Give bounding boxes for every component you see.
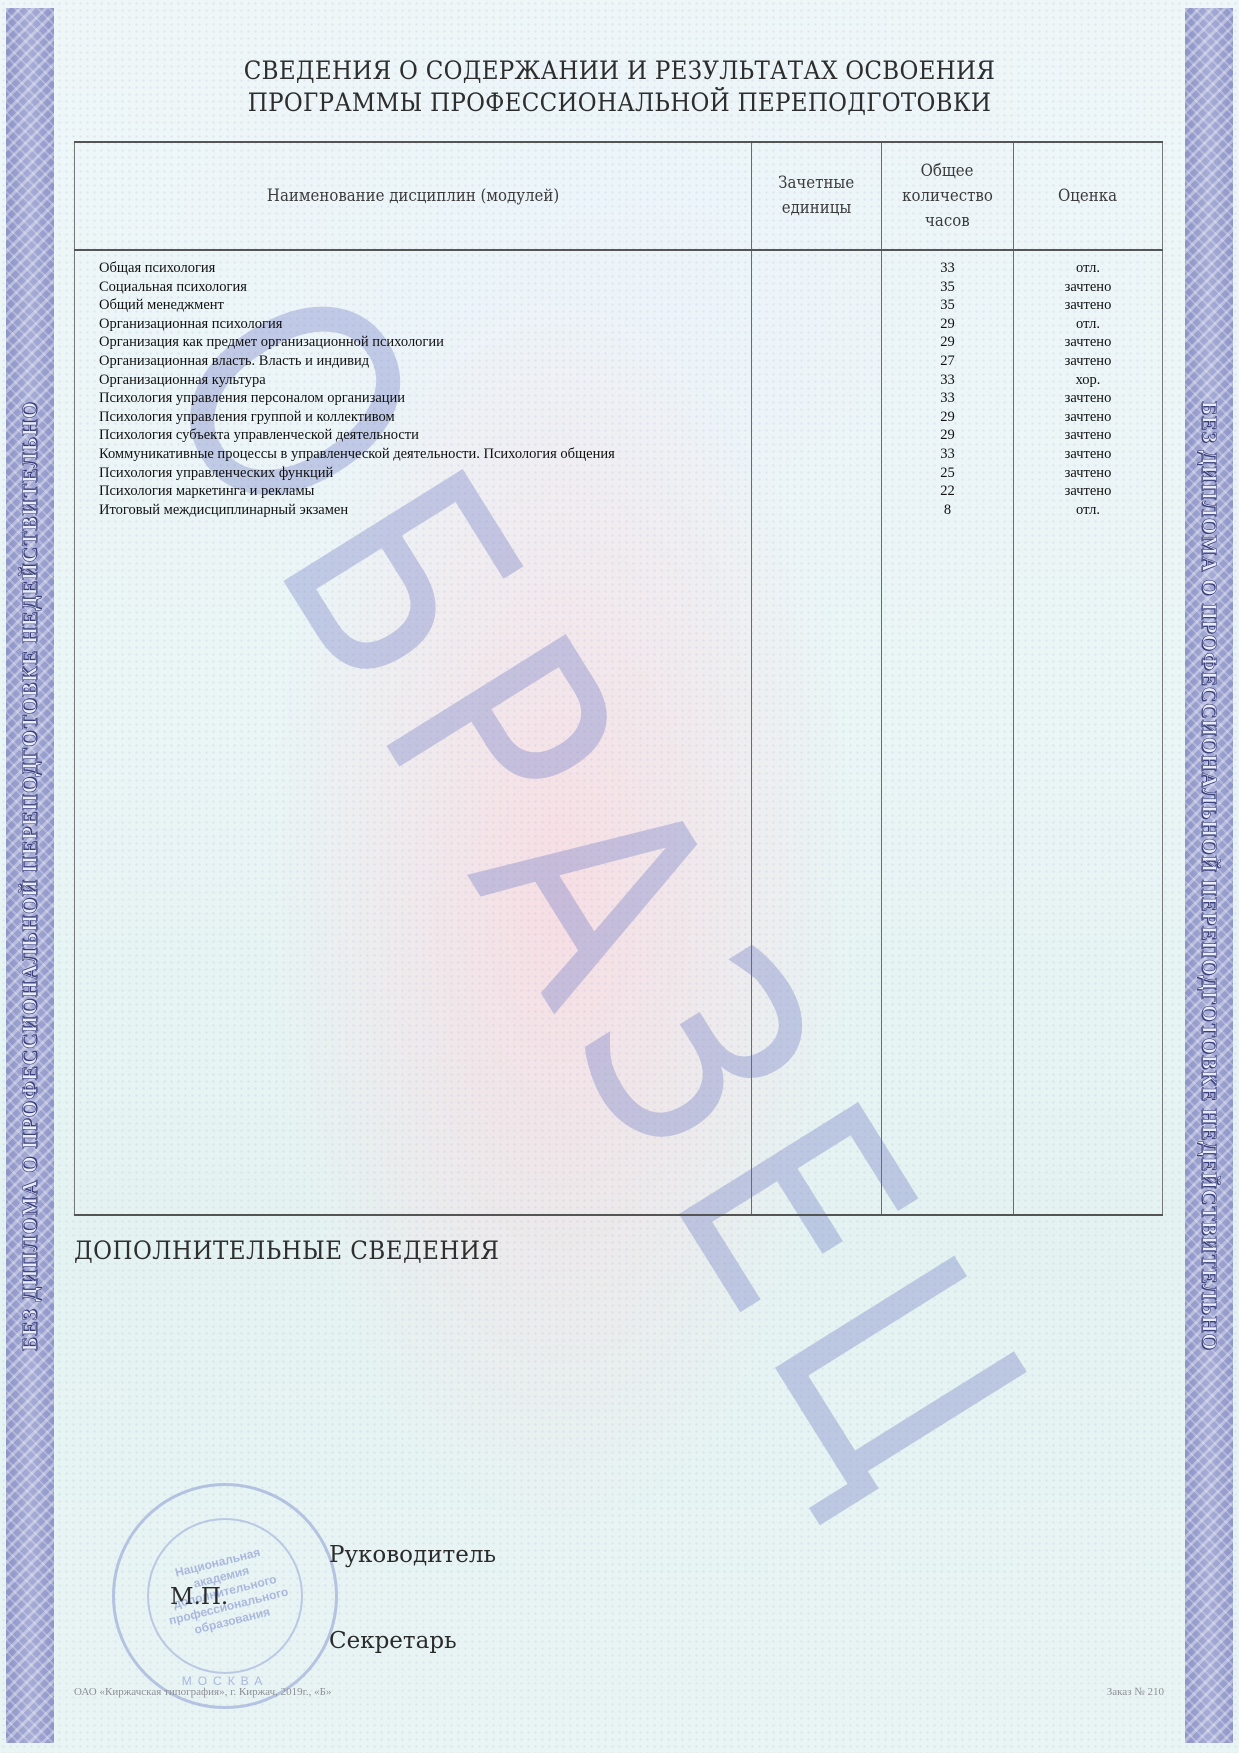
table-cell-name: Психология управленческих функций [99, 464, 751, 483]
header-hours-line1: Общее [921, 159, 974, 184]
right-security-strip: БЕЗ ДИПЛОМА О ПРОФЕССИОНАЛЬНОЙ ПЕРЕПОДГО… [1185, 8, 1233, 1743]
names-list: Общая психологияСоциальная психологияОбщ… [75, 251, 751, 519]
table-cell-grade: зачтено [1014, 296, 1162, 315]
table-cell-grade: отл. [1014, 315, 1162, 334]
table-cell-credits [752, 315, 881, 334]
table-cell-name: Коммуникативные процессы в управленческо… [99, 445, 751, 464]
table-cell-credits [752, 371, 881, 390]
table-header-row: Наименование дисциплин (модулей) Зачетны… [75, 142, 1163, 250]
names-column: Общая психологияСоциальная психологияОбщ… [75, 250, 752, 1215]
table-cell-credits [752, 352, 881, 371]
table-cell-grade: зачтено [1014, 408, 1162, 427]
header-credits: Зачетные единицы [752, 142, 882, 250]
table-cell-name: Организационная власть. Власть и индивид [99, 352, 751, 371]
credits-column [752, 250, 882, 1215]
table-cell-credits [752, 426, 881, 445]
table-cell-credits [752, 278, 881, 297]
table-cell-name: Социальная психология [99, 278, 751, 297]
table-cell-hours: 33 [882, 371, 1013, 390]
header-grade: Оценка [1014, 142, 1163, 250]
hours-column: 333535292927333329293325228 [882, 250, 1014, 1215]
table-cell-grade: зачтено [1014, 333, 1162, 352]
table-cell-hours: 29 [882, 426, 1013, 445]
header-discipline-name: Наименование дисциплин (модулей) [75, 142, 752, 250]
table-cell-grade: зачтено [1014, 464, 1162, 483]
order-number: Заказ № 210 [1107, 1686, 1164, 1698]
table-cell-credits [752, 445, 881, 464]
right-strip-text: БЕЗ ДИПЛОМА О ПРОФЕССИОНАЛЬНОЙ ПЕРЕПОДГО… [1197, 400, 1222, 1350]
table-cell-hours: 25 [882, 464, 1013, 483]
secretary-signature-label: Секретарь [329, 1628, 457, 1654]
printer-imprint: ОАО «Киржачская типография», г. Киржач, … [74, 1686, 332, 1698]
header-hours-line3: часов [925, 209, 970, 234]
table-cell-name: Организационная культура [99, 371, 751, 390]
table-cell-hours: 8 [882, 501, 1013, 520]
left-strip-text: БЕЗ ДИПЛОМА О ПРОФЕССИОНАЛЬНОЙ ПЕРЕПОДГО… [18, 400, 43, 1350]
credits-list [752, 251, 881, 519]
header-credits-line1: Зачетные [778, 171, 854, 196]
table-cell-grade: зачтено [1014, 389, 1162, 408]
table-cell-credits [752, 408, 881, 427]
page-title: СВЕДЕНИЯ О СОДЕРЖАНИИ И РЕЗУЛЬТАТАХ ОСВО… [0, 55, 1239, 119]
table-cell-hours: 22 [882, 482, 1013, 501]
table-cell-credits [752, 482, 881, 501]
left-security-strip: БЕЗ ДИПЛОМА О ПРОФЕССИОНАЛЬНОЙ ПЕРЕПОДГО… [6, 8, 54, 1743]
table-cell-hours: 33 [882, 389, 1013, 408]
courses-table: Наименование дисциплин (модулей) Зачетны… [74, 141, 1163, 1216]
table-cell-grade: хор. [1014, 371, 1162, 390]
table-cell-name: Психология управления группой и коллекти… [99, 408, 751, 427]
head-signature-label: Руководитель [329, 1542, 496, 1568]
header-hours: Общее количество часов [882, 142, 1014, 250]
table-cell-name: Общий менеджмент [99, 296, 751, 315]
table-cell-grade: зачтено [1014, 482, 1162, 501]
table-cell-hours: 29 [882, 408, 1013, 427]
table-body: Общая психологияСоциальная психологияОбщ… [75, 250, 1163, 1215]
table-cell-hours: 35 [882, 278, 1013, 297]
table-cell-credits [752, 259, 881, 278]
table-cell-hours: 27 [882, 352, 1013, 371]
table-cell-grade: зачтено [1014, 445, 1162, 464]
table-cell-grade: отл. [1014, 259, 1162, 278]
table-cell-name: Психология управления персоналом организ… [99, 389, 751, 408]
table-cell-credits [752, 501, 881, 520]
additional-info-heading: ДОПОЛНИТЕЛЬНЫЕ СВЕДЕНИЯ [74, 1236, 536, 1265]
table-cell-credits [752, 389, 881, 408]
table-cell-name: Общая психология [99, 259, 751, 278]
table-cell-name: Организация как предмет организационной … [99, 333, 751, 352]
grades-column: отл.зачтенозачтеноотл.зачтенозачтенохор.… [1014, 250, 1163, 1215]
table-cell-hours: 33 [882, 445, 1013, 464]
header-credits-line2: единицы [782, 196, 852, 221]
table-cell-name: Психология субъекта управленческой деяте… [99, 426, 751, 445]
table-cell-grade: зачтено [1014, 352, 1162, 371]
hours-list: 333535292927333329293325228 [882, 251, 1013, 519]
table-cell-name: Итоговый междисциплинарный экзамен [99, 501, 751, 520]
table-cell-grade: отл. [1014, 501, 1162, 520]
table-cell-name: Психология маркетинга и рекламы [99, 482, 751, 501]
title-line-1: СВЕДЕНИЯ О СОДЕРЖАНИИ И РЕЗУЛЬТАТАХ ОСВО… [50, 55, 1190, 87]
header-hours-line2: количество [902, 184, 993, 209]
table-cell-hours: 29 [882, 315, 1013, 334]
seal-place-label: М.П. [170, 1584, 228, 1610]
header-grade-text: Оценка [1059, 184, 1118, 209]
table-cell-grade: зачтено [1014, 278, 1162, 297]
table-cell-hours: 35 [882, 296, 1013, 315]
table-cell-credits [752, 464, 881, 483]
table-cell-hours: 33 [882, 259, 1013, 278]
table-cell-credits [752, 296, 881, 315]
table-cell-credits [752, 333, 881, 352]
table-cell-name: Организационная психология [99, 315, 751, 334]
table-cell-grade: зачтено [1014, 426, 1162, 445]
grades-list: отл.зачтенозачтеноотл.зачтенозачтенохор.… [1014, 251, 1162, 519]
title-line-2: ПРОГРАММЫ ПРОФЕССИОНАЛЬНОЙ ПЕРЕПОДГОТОВК… [50, 87, 1190, 119]
header-discipline-name-text: Наименование дисциплин (модулей) [267, 184, 559, 209]
table-cell-hours: 29 [882, 333, 1013, 352]
additional-info-heading-text: ДОПОЛНИТЕЛЬНЫЕ СВЕДЕНИЯ [74, 1236, 499, 1265]
